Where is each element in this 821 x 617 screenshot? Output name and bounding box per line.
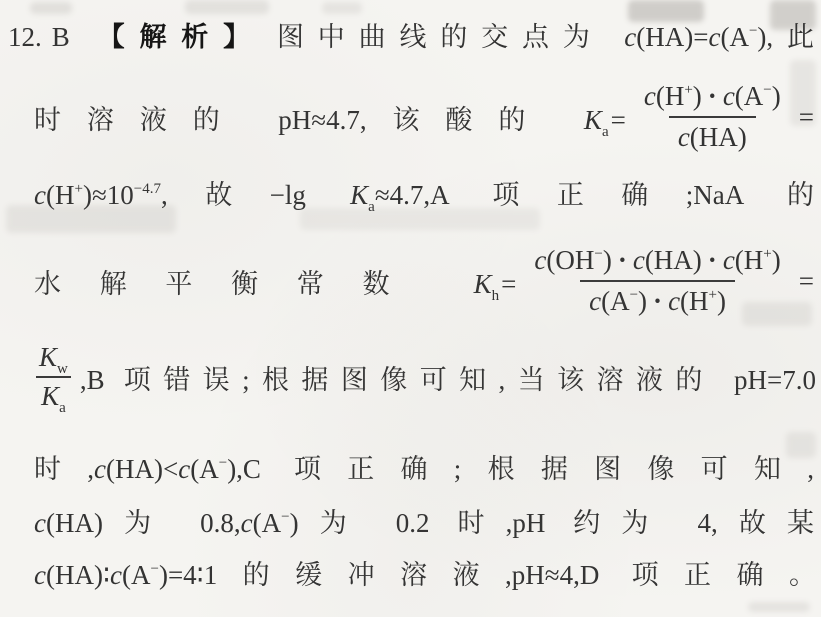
kw-ka-fraction: KwKa [34,343,73,411]
italic-variable: c [94,454,106,484]
bleed-through-artifact [748,602,810,612]
superscript: − [630,287,638,303]
math-text: (HA)< [106,454,178,484]
italic-variable: c [241,508,253,538]
fraction-numerator: Kw [34,343,73,376]
math-text: (A [601,286,630,316]
cjk-text: ),C 项正确;根据图像可知, [227,454,814,484]
italic-variable: c [723,245,735,275]
italic-variable: c [589,286,601,316]
middle-dot: · [702,245,723,275]
math-text: (HA)为 0.8, [46,508,241,538]
superscript: − [594,246,602,262]
italic-variable: K [41,381,59,411]
superscript: − [219,455,227,471]
italic-variable: c [644,81,656,111]
italic-variable: c [34,180,46,210]
cjk-text: 图中曲线的交点为 [277,22,624,52]
fraction-denominator: c(A−)·c(H+) [580,280,735,317]
math-text: (HA) [690,122,747,152]
math-text: (A [720,22,749,52]
cjk-text: )为 0.2 时,pH 约为 4,故某 [290,508,814,538]
italic-variable: K [39,342,57,372]
math-text: ) [772,245,781,275]
line5-text: ,B 项错误;根据图像可知,当该溶液的 pH=7.0 [80,358,816,397]
cjk-text: 时溶液的 pH≈4.7,该酸的 [34,105,584,135]
solution-line-1: 12.B【解析】图中曲线的交点为 c(HA)=c(A−),此 [8,14,814,60]
superscript: + [763,246,771,262]
equals-sign: = [499,269,518,299]
math-text: (A [190,454,219,484]
superscript: + [74,181,82,197]
middle-dot: · [647,286,668,316]
math-text: ) [603,245,612,275]
solution-line-5: KwKa,B 项错误;根据图像可知,当该溶液的 pH=7.0 [34,330,816,424]
solution-line-6: 时,c(HA)<c(A−),C 项正确;根据图像可知, [34,446,814,492]
italic-variable: c [178,454,190,484]
solution-line-2: 时溶液的 pH≈4.7,该酸的 Ka=c(H+)·c(A−)c(HA)= [34,74,816,160]
superscript: − [150,561,158,577]
solution-line-8: c(HA)∶c(A−)=4∶1的缓冲溶液,pH≈4,D 项正确。 [34,552,816,598]
math-text: (H [46,180,75,210]
superscript: − [763,82,771,98]
math-text: (OH [546,245,594,275]
subscript: h [492,288,500,304]
italic-variable: c [678,122,690,152]
analysis-label: 【解析】 [84,22,265,52]
equals-sign: = [797,102,816,133]
italic-variable: c [668,286,680,316]
math-text: ) [638,286,647,316]
subscript: a [59,400,66,416]
math-text: (H [680,286,709,316]
math-text: (HA)= [636,22,708,52]
problem-number: 12. [8,22,42,52]
italic-variable: c [34,560,46,590]
math-text: ) [717,286,726,316]
solution-line-4: 水解平衡常数 Kh=c(OH−)·c(HA)·c(H+)c(A−)·c(H+)= [34,236,816,326]
cjk-text: ,故−lg [161,180,350,210]
superscript: + [684,82,692,98]
cjk-text: )=4∶1的缓冲溶液,pH≈4,D 项正确。 [159,560,816,590]
math-text: (A [253,508,282,538]
cjk-text: ≈4.7,A 项正确;NaA 的 [375,180,814,210]
ka-fraction: c(H+)·c(A−)c(HA) [635,82,790,152]
superscript: −4.7 [134,181,161,197]
math-text: )≈10 [83,180,134,210]
fraction-numerator: c(H+)·c(A−) [635,82,790,116]
superscript: − [749,23,757,39]
fraction-numerator: c(OH−)·c(HA)·c(H+) [525,246,789,280]
middle-dot: · [702,81,723,111]
italic-variable: c [633,245,645,275]
subscript: a [368,199,375,215]
subscript: w [57,361,68,377]
italic-variable: K [350,180,368,210]
math-text: (HA)∶ [46,560,110,590]
math-text: (A [122,560,151,590]
math-text: (HA) [645,245,702,275]
subscript: a [602,124,609,140]
italic-variable: K [474,269,492,299]
line2-lead-text: 时溶液的 pH≈4.7,该酸的 Ka= [34,98,628,137]
math-text: ) [772,81,781,111]
solution-line-3: c(H+)≈10−4.7,故−lg Ka≈4.7,A 项正确;NaA 的 [34,172,814,218]
equals-sign: = [609,105,628,135]
italic-variable: K [584,105,602,135]
bleed-through-artifact [322,2,362,14]
solution-line-7: c(HA)为 0.8,c(A−)为 0.2 时,pH 约为 4,故某 [34,500,814,546]
italic-variable: c [34,508,46,538]
bleed-through-artifact [30,2,72,14]
middle-dot: · [612,245,633,275]
italic-variable: c [708,22,720,52]
italic-variable: c [723,81,735,111]
cjk-text: ,B 项错误;根据图像可知,当该溶液的 pH=7.0 [80,365,816,395]
answer-letter: B [52,22,70,52]
italic-variable: c [110,560,122,590]
kh-fraction: c(OH−)·c(HA)·c(H+)c(A−)·c(H+) [525,246,789,316]
math-text: (H [656,81,685,111]
line4-lead-text: 水解平衡常数 Kh= [34,262,518,301]
fraction-denominator: Ka [36,376,71,412]
math-text: ) [693,81,702,111]
italic-variable: c [624,22,636,52]
superscript: + [709,287,717,303]
math-text: ),此 [757,22,814,52]
math-text: (H [735,245,764,275]
equals-sign: = [797,266,816,297]
fraction-denominator: c(HA) [669,116,756,153]
cjk-text: 水解平衡常数 [34,269,474,299]
cjk-text: 时, [34,454,94,484]
math-text: (A [735,81,764,111]
scanned-answer-page: 12.B【解析】图中曲线的交点为 c(HA)=c(A−),此 时溶液的 pH≈4… [0,0,821,617]
bleed-through-artifact [185,0,269,14]
italic-variable: c [534,245,546,275]
superscript: − [281,509,289,525]
